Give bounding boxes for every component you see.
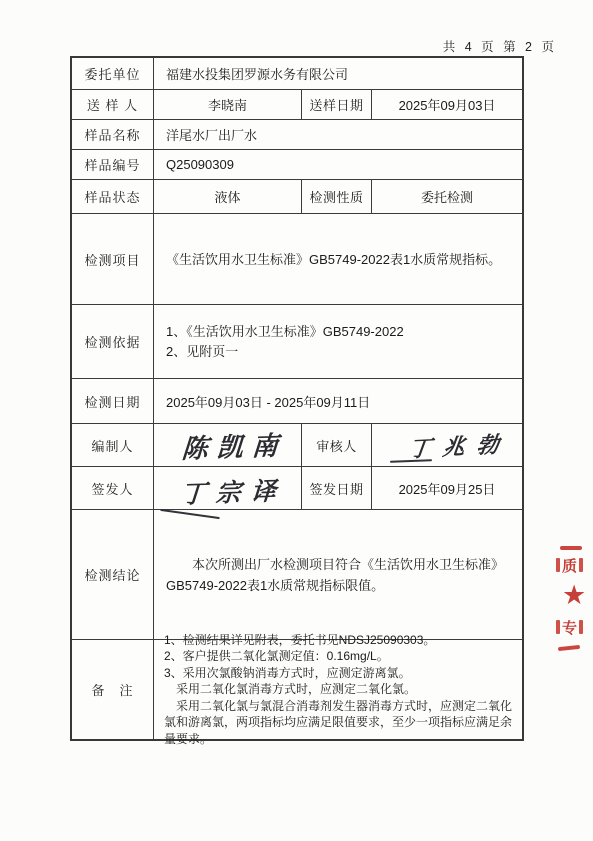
- remarks-label: 备 注: [72, 640, 154, 739]
- sample-date-value: 2025年09月03日: [372, 90, 522, 119]
- sample-state-label: 样品状态: [72, 180, 154, 213]
- test-basis-label: 检测依据: [72, 305, 154, 378]
- test-nature-value: 委托检测: [372, 180, 522, 213]
- row-test-date: 检测日期 2025年09月03日 - 2025年09月11日: [72, 379, 522, 424]
- test-items-label: 检测项目: [72, 214, 154, 304]
- conclusion-cell: 本次所测出厂水检测项目符合《生活饮用水卫生标准》GB5749-2022表1水质常…: [154, 510, 522, 639]
- row-test-items: 检测项目 《生活饮用水卫生标准》GB5749-2022表1水质常规指标。: [72, 214, 522, 305]
- row-test-basis: 检测依据 1、《生活饮用水卫生标准》GB5749-2022 2、见附页一: [72, 305, 522, 379]
- client-label: 委托单位: [72, 58, 154, 89]
- seal-arc-top: [560, 546, 582, 550]
- seal-arc-bottom: [558, 645, 580, 651]
- reviewer-label: 审核人: [302, 424, 372, 466]
- official-seal-fragment: 质 ★ 专: [556, 546, 593, 672]
- preparer-handwritten-signature: 陈凯南: [181, 425, 289, 466]
- conclusion-text: 本次所测出厂水检测项目符合《生活饮用水卫生标准》GB5749-2022表1水质常…: [166, 554, 508, 596]
- row-client: 委托单位 福建水投集团罗源水务有限公司: [72, 58, 522, 90]
- remark-line: 3、采用次氯酸钠消毒方式时，应测定游离氯。: [164, 665, 411, 682]
- test-items-value: 《生活饮用水卫生标准》GB5749-2022表1水质常规指标。: [154, 214, 522, 304]
- seal-char-bottom: 专: [562, 617, 577, 638]
- seal-top-text: 质: [556, 554, 583, 576]
- remark-line: 采用二氧化氯与氯混合消毒剂发生器消毒方式时，应测定二氧化氯和游离氯，两项指标均应…: [164, 698, 514, 748]
- sampler-value: 李晓南: [154, 90, 302, 119]
- reviewer-handwritten-signature: 丁兆勃: [407, 427, 513, 464]
- remark-line: 采用二氧化氯消毒方式时，应测定二氧化氯。: [164, 681, 416, 698]
- row-sample-name: 样品名称 洋尾水厂出厂水: [72, 120, 522, 150]
- conclusion-label: 检测结论: [72, 510, 154, 639]
- seal-partial-glyph: [579, 620, 583, 634]
- issue-date-value: 2025年09月25日: [372, 467, 522, 509]
- seal-partial-glyph: [579, 558, 583, 572]
- row-preparer: 编制人 陈凯南 审核人 丁兆勃: [72, 424, 522, 467]
- scanned-report-page: 共 4 页 第 2 页 委托单位 福建水投集团罗源水务有限公司 送 样 人 李晓…: [0, 0, 593, 841]
- row-sample-no: 样品编号 Q25090309: [72, 150, 522, 180]
- seal-star-icon: ★: [562, 580, 586, 610]
- client-value: 福建水投集团罗源水务有限公司: [154, 58, 522, 89]
- row-issuer: 签发人 丁宗译 签发日期 2025年09月25日: [72, 467, 522, 510]
- issuer-signature-cell: 丁宗译: [154, 467, 302, 509]
- seal-partial-glyph: [556, 620, 560, 634]
- test-report-form-table: 委托单位 福建水投集团罗源水务有限公司 送 样 人 李晓南 送样日期 2025年…: [70, 56, 524, 741]
- seal-char-top: 质: [562, 555, 577, 576]
- seal-bottom-text: 专: [556, 616, 583, 638]
- sample-date-label: 送样日期: [302, 90, 372, 119]
- remarks-cell: 1、检测结果详见附表，委托书见NDSJ25090303。 2、客户提供二氧化氯测…: [154, 640, 522, 739]
- sample-state-value: 液体: [154, 180, 302, 213]
- preparer-label: 编制人: [72, 424, 154, 466]
- seal-partial-glyph: [556, 558, 560, 572]
- test-basis-line: 2、见附页一: [154, 342, 238, 362]
- test-date-value: 2025年09月03日 - 2025年09月11日: [154, 379, 522, 423]
- issuer-handwritten-signature: 丁宗译: [180, 471, 287, 511]
- row-sample-state: 样品状态 液体 检测性质 委托检测: [72, 180, 522, 214]
- preparer-signature-cell: 陈凯南: [154, 424, 302, 466]
- test-basis-value: 1、《生活饮用水卫生标准》GB5749-2022 2、见附页一: [154, 305, 522, 378]
- row-remarks: 备 注 1、检测结果详见附表，委托书见NDSJ25090303。 2、客户提供二…: [72, 640, 522, 739]
- sample-no-value: Q25090309: [154, 150, 522, 179]
- sample-name-value: 洋尾水厂出厂水: [154, 120, 522, 149]
- issuer-label: 签发人: [72, 467, 154, 509]
- sampler-label: 送 样 人: [72, 90, 154, 119]
- remark-line: 2、客户提供二氧化氯测定值：0.16mg/L。: [164, 648, 389, 665]
- test-nature-label: 检测性质: [302, 180, 372, 213]
- sample-name-label: 样品名称: [72, 120, 154, 149]
- test-date-label: 检测日期: [72, 379, 154, 423]
- issue-date-label: 签发日期: [302, 467, 372, 509]
- test-basis-line: 1、《生活饮用水卫生标准》GB5749-2022: [154, 322, 404, 342]
- sample-no-label: 样品编号: [72, 150, 154, 179]
- page-number-header: 共 4 页 第 2 页: [443, 37, 557, 55]
- row-sampler: 送 样 人 李晓南 送样日期 2025年09月03日: [72, 90, 522, 120]
- remark-line: 1、检测结果详见附表，委托书见NDSJ25090303。: [164, 632, 435, 649]
- row-conclusion: 检测结论 本次所测出厂水检测项目符合《生活饮用水卫生标准》GB5749-2022…: [72, 510, 522, 640]
- reviewer-signature-cell: 丁兆勃: [372, 424, 522, 466]
